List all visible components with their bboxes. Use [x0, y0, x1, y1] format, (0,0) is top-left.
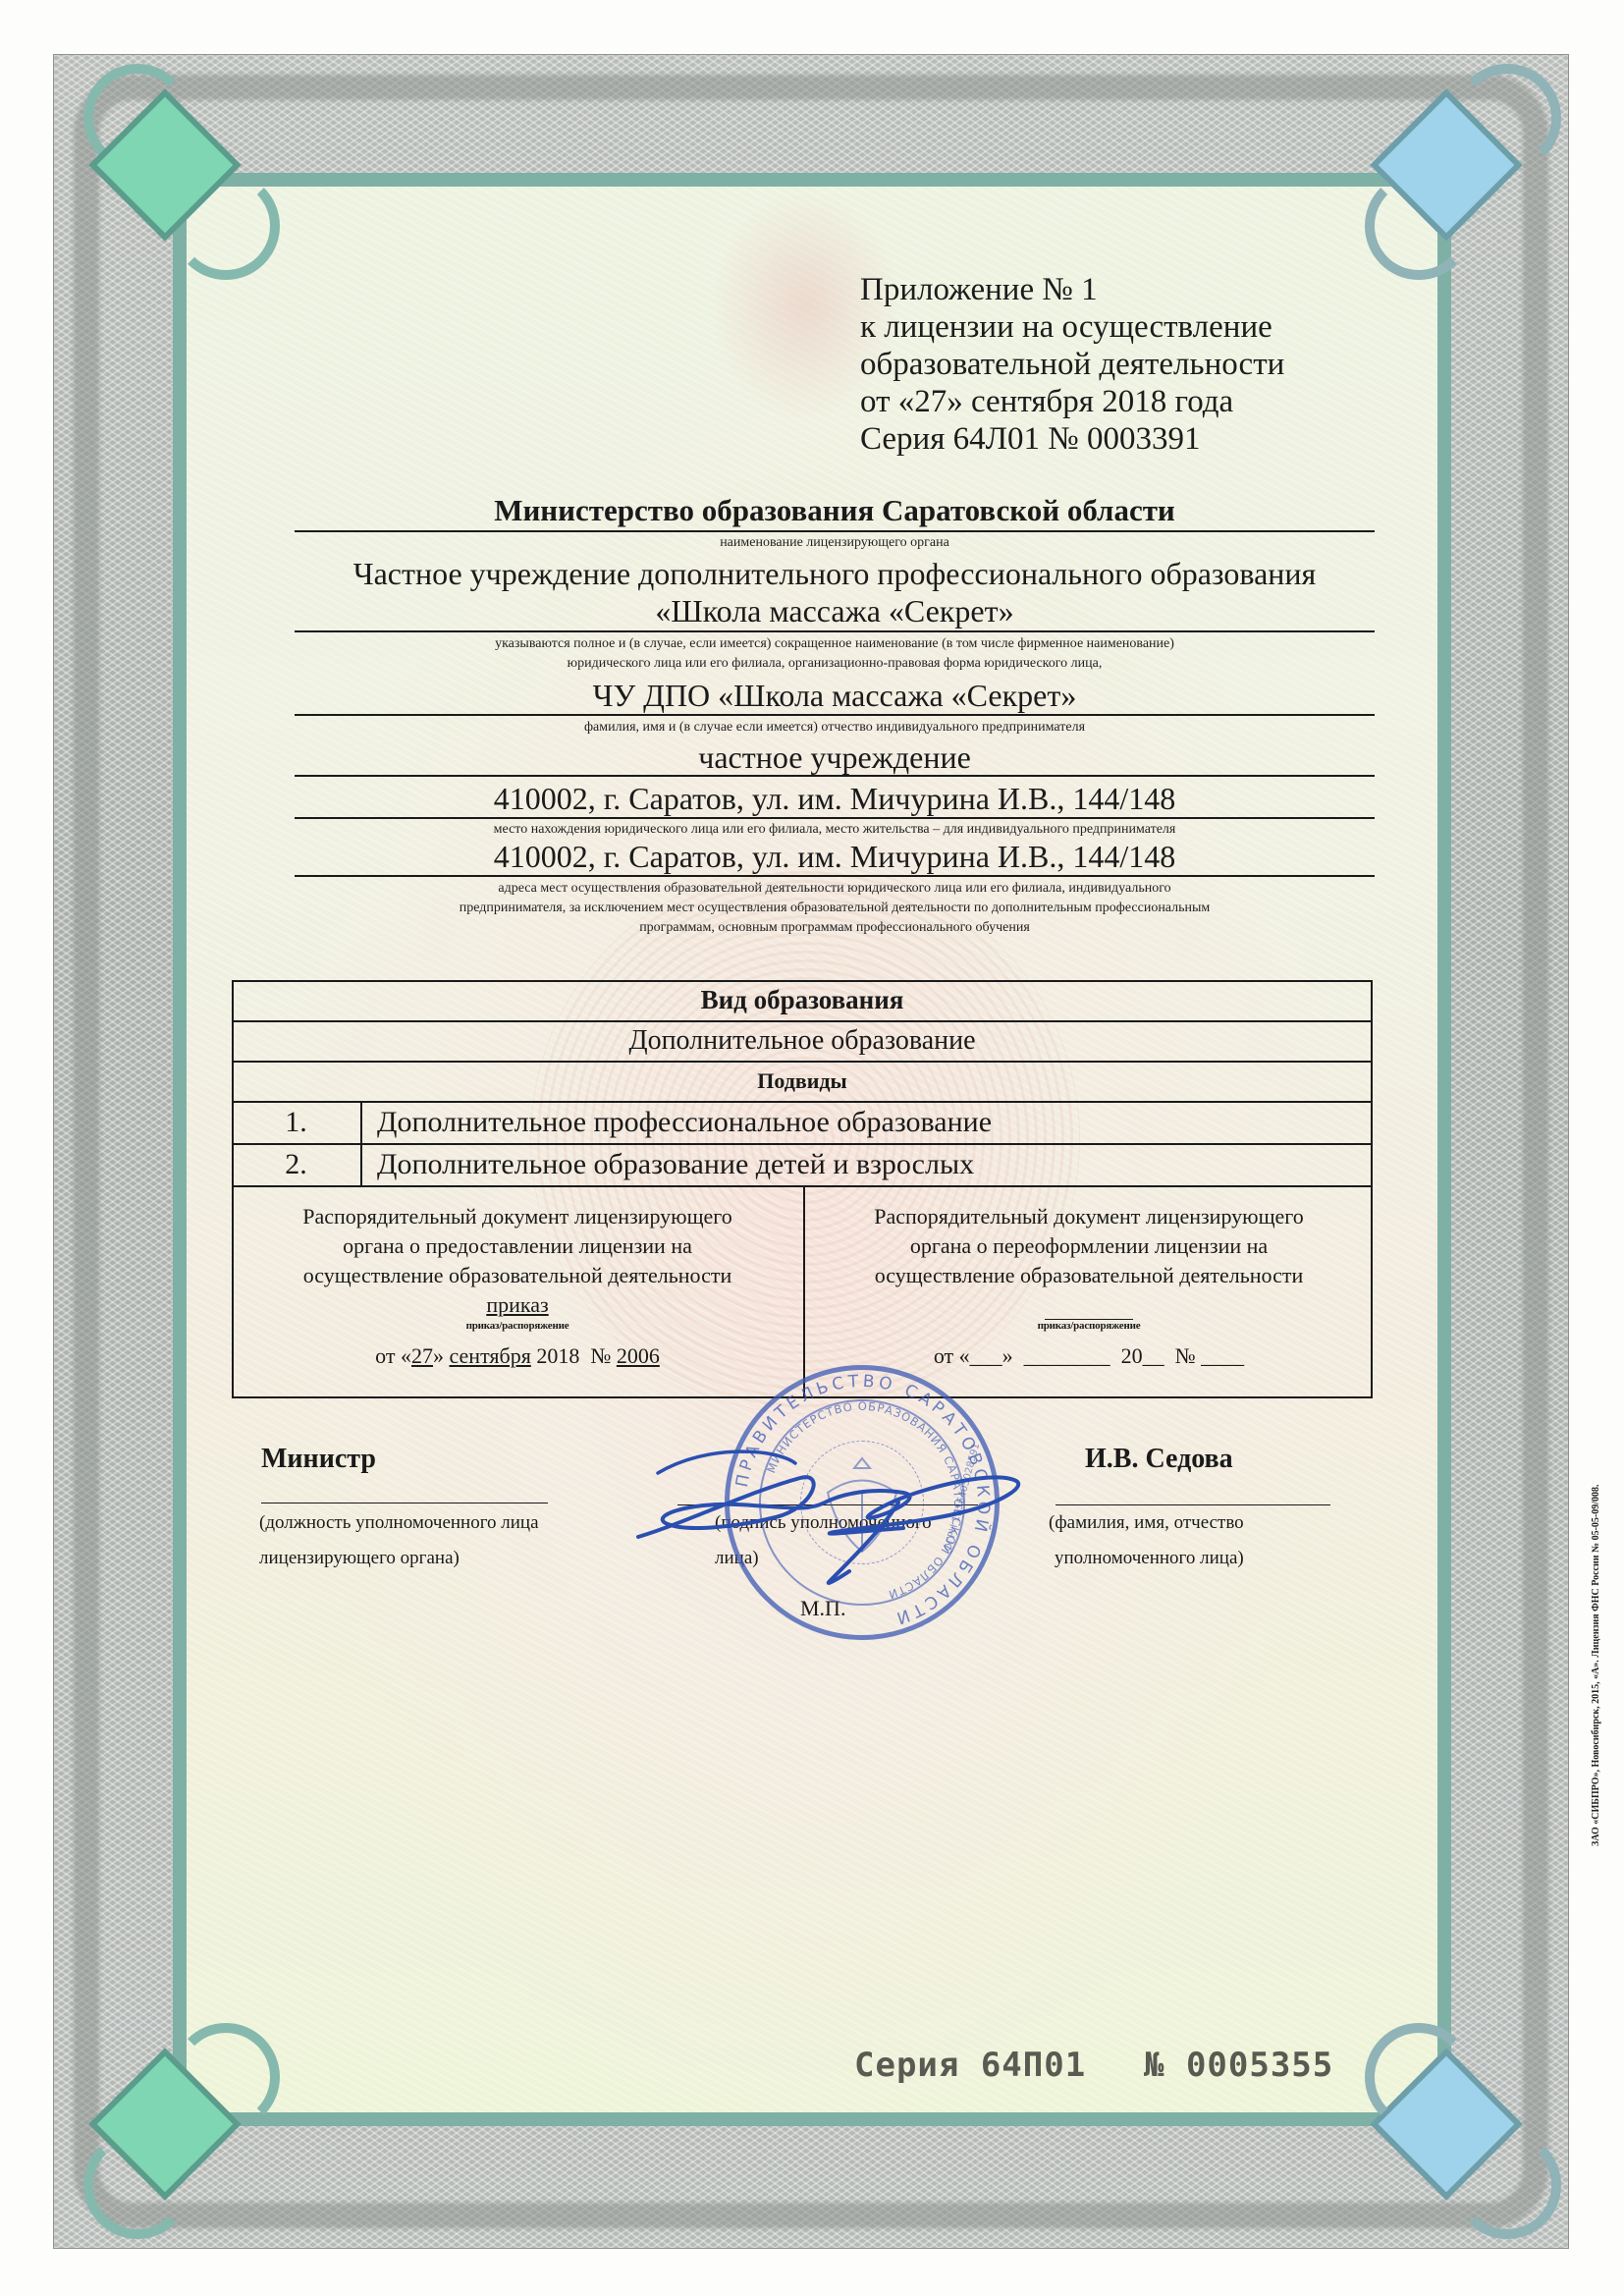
field-underline [295, 530, 1375, 532]
activity-caption-3: программам, основным программам професси… [295, 920, 1375, 936]
doc-type-caption: приказ/распоряжение [232, 1320, 803, 1332]
doc-type-caption: приказ/распоряжение [805, 1320, 1373, 1332]
corner-ornament-icon [54, 2013, 290, 2249]
entrepreneur-caption: фамилия, имя и (в случае если имеется) о… [295, 720, 1375, 736]
education-type-value: Дополнительное образование [232, 1025, 1373, 1057]
signatory-position: Министр [261, 1444, 376, 1475]
grant-order-doc-type: приказ [232, 1290, 803, 1320]
subtype-name: Дополнительное профессиональное образова… [377, 1106, 992, 1139]
reissue-order-line: осуществление образовательной деятельнос… [805, 1261, 1373, 1290]
name-caption-1: (фамилия, имя, отчество [1049, 1504, 1244, 1542]
subtype-name: Дополнительное образование детей и взрос… [377, 1148, 974, 1181]
corner-ornament-icon [1335, 2013, 1571, 2249]
signature-underline [261, 1503, 548, 1503]
corner-ornament-icon [1335, 54, 1571, 290]
field-underline [295, 630, 1375, 632]
grant-order-line: осуществление образовательной деятельнос… [232, 1261, 803, 1290]
annex-line: Серия 64Л01 № 0003391 [860, 420, 1284, 458]
grant-order-line: органа о предоставлении лицензии на [232, 1231, 803, 1261]
legal-form: частное учреждение [295, 739, 1375, 776]
grant-order-line: Распорядительный документ лицензирующего [232, 1202, 803, 1231]
field-underline [295, 714, 1375, 716]
position-caption-1: (должность уполномоченного лица [259, 1504, 539, 1542]
table-header-education-type: Вид образования [232, 985, 1373, 1015]
name-caption-2: уполномоченного лица) [1055, 1540, 1244, 1577]
corner-ornament-icon [54, 54, 290, 290]
licensee-short-name: ЧУ ДПО «Школа массажа «Секрет» [295, 678, 1375, 714]
activity-address: 410002, г. Саратов, ул. им. Мичурина И.В… [295, 839, 1375, 875]
reissue-doc-type-field [805, 1290, 1373, 1320]
activity-caption-1: адреса мест осуществления образовательно… [295, 881, 1375, 897]
annex-line: к лицензии на осуществление [860, 308, 1284, 346]
signatory-name: И.В. Седова [1085, 1444, 1233, 1475]
field-underline [295, 817, 1375, 819]
annex-line: от «27» сентября 2018 года [860, 383, 1284, 420]
licensee-full-name-line2: «Школа массажа «Секрет» [295, 593, 1375, 629]
reissue-order-line: Распорядительный документ лицензирующего [805, 1202, 1373, 1231]
table-header-subtypes: Подвиды [232, 1068, 1373, 1094]
reissue-doc-type [1045, 1297, 1133, 1320]
licensee-caption-1: указываются полное и (в случае, если име… [295, 636, 1375, 652]
licensee-full-name-line1: Частное учреждение дополнительного профе… [295, 556, 1375, 592]
grant-order-block: Распорядительный документ лицензирующего… [232, 1202, 803, 1371]
subtype-number: 1. [232, 1106, 360, 1139]
grant-order-date: от «27» сентября 2018 № 2006 [232, 1341, 803, 1371]
subtype-number: 2. [232, 1148, 360, 1181]
reissue-order-block: Распорядительный документ лицензирующего… [805, 1202, 1373, 1371]
field-underline [295, 775, 1375, 777]
position-caption-2: лицензирующего органа) [259, 1540, 460, 1577]
date-prefix: от « [375, 1343, 411, 1368]
order-year: 2018 [531, 1343, 585, 1368]
annex-line: Приложение № 1 [860, 271, 1284, 308]
handwritten-signature-icon [628, 1434, 1041, 1611]
order-number: 2006 [617, 1343, 660, 1368]
date-sep: » [433, 1343, 450, 1368]
printer-note: ЗАО «СИБПРО», Новосибирск, 2015, «А». Ли… [1591, 1484, 1601, 1846]
form-series: Серия 64П01 [854, 2046, 1086, 2085]
form-number: № 0005355 [1144, 2046, 1333, 2085]
order-month: сентября [450, 1343, 531, 1368]
field-underline [295, 875, 1375, 877]
activity-caption-2: предпринимателя, за исключением мест осу… [295, 901, 1375, 916]
licensee-caption-2: юридического лица или его филиала, орган… [295, 656, 1375, 672]
licensing-body-name: Министерство образования Саратовской обл… [295, 493, 1375, 528]
licensing-body-caption: наименование лицензирующего органа [295, 535, 1375, 551]
order-day: 27 [411, 1343, 433, 1368]
reissue-order-line: органа о переоформлении лицензии на [805, 1231, 1373, 1261]
number-prefix: № [590, 1343, 617, 1368]
annex-header: Приложение № 1 к лицензии на осуществлен… [860, 271, 1284, 458]
licensee-address: 410002, г. Саратов, ул. им. Мичурина И.В… [295, 781, 1375, 817]
annex-line: образовательной деятельности [860, 346, 1284, 383]
address-caption: место нахождения юридического лица или е… [295, 822, 1375, 838]
